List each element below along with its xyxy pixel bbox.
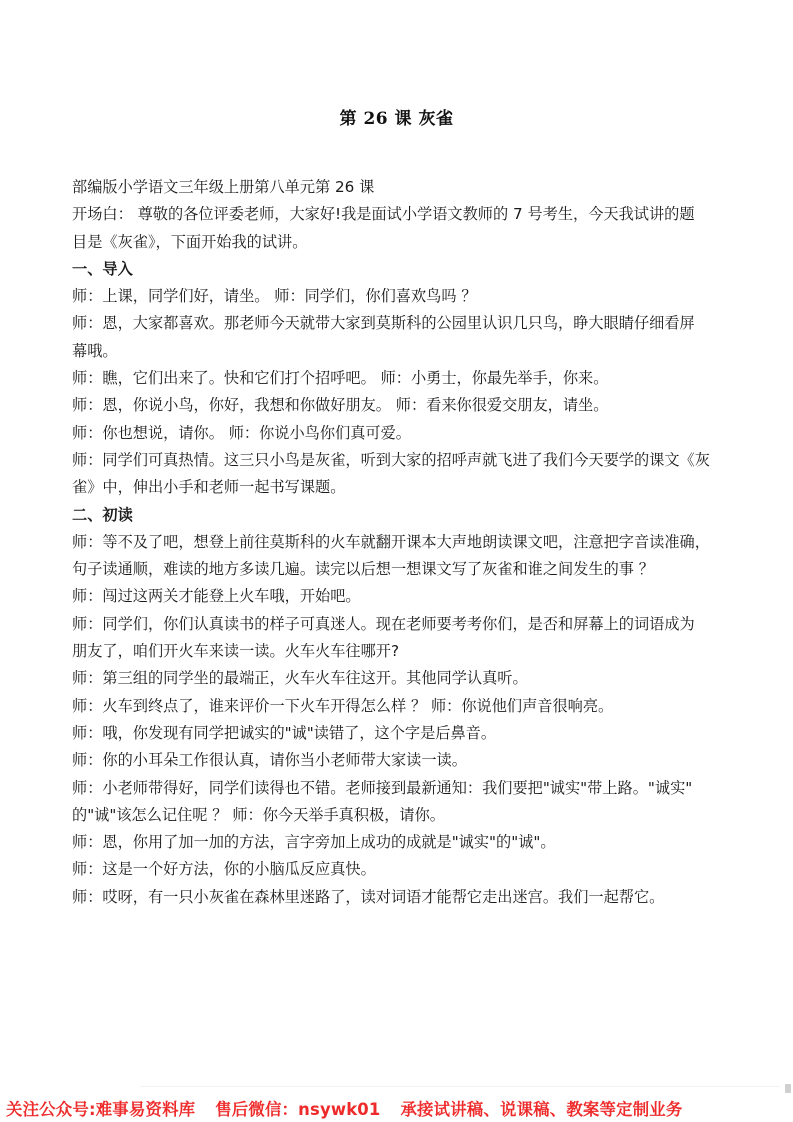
dialogue-paragraph: 师：等不及了吧，想登上前往莫斯科的火车就翻开课本大声地朗读课文吧，注意把字音读准…: [72, 529, 724, 584]
dialogue-paragraph: 师：小老师带得好，同学们读得也不错。老师接到最新通知：我们要把"诚实"带上路。"…: [72, 775, 724, 830]
text-line: 师：火车到终点了，谁来评价一下火车开得怎么样 ？ 师：你说他们声音很响亮。: [72, 693, 724, 720]
text-line: 师：等不及了吧，想登上前往莫斯科的火车就翻开课本大声地朗读课文吧，注意把字音读准…: [72, 529, 724, 556]
text-line: 师：闯过这两关才能登上火车哦，开始吧。: [72, 583, 724, 610]
footer-wechat-text: 售后微信：nsywk01: [215, 1100, 380, 1119]
text-line: 幕哦。: [72, 338, 724, 365]
dialogue-paragraph: 师：瞧，它们出来了。快和它们打个招呼吧。 师：小勇士，你最先举手，你来。: [72, 365, 724, 392]
dialogue-paragraph: 师：恩，你用了加一加的方法，言字旁加上成功的成就是"诚实"的"诚"。: [72, 829, 724, 856]
text-line: 师：同学们，你们认真读书的样子可真迷人。现在老师要考考你们，是否和屏幕上的词语成…: [72, 611, 724, 638]
text-line: 师：小老师带得好，同学们读得也不错。老师接到最新通知：我们要把"诚实"带上路。"…: [72, 775, 724, 802]
dialogue-paragraph: 师：这是一个好方法，你的小脑瓜反应真快。: [72, 856, 724, 883]
text-line: 师：恩，你用了加一加的方法，言字旁加上成功的成就是"诚实"的"诚"。: [72, 829, 724, 856]
text-line: 雀》中，伸出小手和老师一起书写课题。: [72, 474, 724, 501]
section-heading-first-reading: 二、初读: [72, 502, 724, 529]
dialogue-paragraph: 师：第三组的同学坐的最端正，火车火车往这开。其他同学认真听。: [72, 665, 724, 692]
dialogue-paragraph: 师：上课，同学们好，请坐。 师：同学们，你们喜欢鸟吗 ？: [72, 283, 724, 310]
dialogue-paragraph: 师：恩，你说小鸟，你好，我想和你做好朋友。 师：看来你很爱交朋友，请坐。: [72, 392, 724, 419]
opening-paragraph: 开场白： 尊敬的各位评委老师，大家好!我是面试小学语文教师的 7 号考生，今天我…: [72, 201, 724, 256]
dialogue-paragraph: 师：你也想说，请你。 师：你说小鸟你们真可爱。: [72, 420, 724, 447]
text-line: 师：恩，你说小鸟，你好，我想和你做好朋友。 师：看来你很爱交朋友，请坐。: [72, 392, 724, 419]
page-title: 第 26 课 灰雀: [0, 104, 793, 129]
dialogue-paragraph: 师：你的小耳朵工作很认真，请你当小老师带大家读一读。: [72, 747, 724, 774]
corner-mark-icon: [785, 1084, 791, 1093]
text-line: 师：你也想说，请你。 师：你说小鸟你们真可爱。: [72, 420, 724, 447]
footer-service-text: 承接试讲稿、说课稿、教案等定制业务: [400, 1100, 682, 1119]
text-line: 句子读通顺，难读的地方多读几遍。读完以后想一想课文写了灰雀和谁之间发生的事 ？: [72, 556, 724, 583]
document-body: 部编版小学语文三年级上册第八单元第 26 课 开场白： 尊敬的各位评委老师，大家…: [72, 174, 724, 911]
dialogue-paragraph: 师：同学们，你们认真读书的样子可真迷人。现在老师要考考你们，是否和屏幕上的词语成…: [72, 611, 724, 666]
text-line: 朋友了，咱们开火车来读一读。火车火车往哪开?: [72, 638, 724, 665]
text-line: 师：同学们可真热情。这三只小鸟是灰雀，听到大家的招呼声就飞进了我们今天要学的课文…: [72, 447, 724, 474]
dialogue-paragraph: 师：哦，你发现有同学把诚实的"诚"读错了，这个字是后鼻音。: [72, 720, 724, 747]
dialogue-paragraph: 师：恩，大家都喜欢。那老师今天就带大家到莫斯科的公园里认识几只鸟，睁大眼睛仔细看…: [72, 310, 724, 365]
text-line: 师：第三组的同学坐的最端正，火车火车往这开。其他同学认真听。: [72, 665, 724, 692]
text-line: 师：上课，同学们好，请坐。 师：同学们，你们喜欢鸟吗 ？: [72, 283, 724, 310]
text-line: 师：这是一个好方法，你的小脑瓜反应真快。: [72, 856, 724, 883]
dialogue-paragraph: 师：同学们可真热情。这三只小鸟是灰雀，听到大家的招呼声就飞进了我们今天要学的课文…: [72, 447, 724, 502]
text-line: 师：哎呀，有一只小灰雀在森林里迷路了，读对词语才能帮它走出迷宫。我们一起帮它。: [72, 884, 724, 911]
subtitle: 部编版小学语文三年级上册第八单元第 26 课: [72, 174, 724, 201]
promo-footer: 关注公众号:难事易资料库 售后微信：nsywk01 承接试讲稿、说课稿、教案等定…: [6, 1096, 793, 1120]
text-line: 的"诚"该怎么记住呢 ？ 师：你今天举手真积极，请你。: [72, 802, 724, 829]
text-line: 师：瞧，它们出来了。快和它们打个招呼吧。 师：小勇士，你最先举手，你来。: [72, 365, 724, 392]
text-line: 师：哦，你发现有同学把诚实的"诚"读错了，这个字是后鼻音。: [72, 720, 724, 747]
footer-divider: [140, 1086, 780, 1087]
dialogue-paragraph: 师：哎呀，有一只小灰雀在森林里迷路了，读对词语才能帮它走出迷宫。我们一起帮它。: [72, 884, 724, 911]
footer-follow-text: 关注公众号:难事易资料库: [6, 1100, 195, 1119]
text-line: 师：恩，大家都喜欢。那老师今天就带大家到莫斯科的公园里认识几只鸟，睁大眼睛仔细看…: [72, 310, 724, 337]
text-line: 开场白： 尊敬的各位评委老师，大家好!我是面试小学语文教师的 7 号考生，今天我…: [72, 201, 724, 228]
text-line: 师：你的小耳朵工作很认真，请你当小老师带大家读一读。: [72, 747, 724, 774]
text-line: 目是《灰雀》，下面开始我的试讲。: [72, 229, 724, 256]
dialogue-paragraph: 师：火车到终点了，谁来评价一下火车开得怎么样 ？ 师：你说他们声音很响亮。: [72, 693, 724, 720]
dialogue-paragraph: 师：闯过这两关才能登上火车哦，开始吧。: [72, 583, 724, 610]
section-heading-intro: 一、导入: [72, 256, 724, 283]
document-page: 第 26 课 灰雀 ヽ ⌒ · 部编版小学语文三年级上册第八单元第 26 课 开…: [0, 0, 793, 1122]
